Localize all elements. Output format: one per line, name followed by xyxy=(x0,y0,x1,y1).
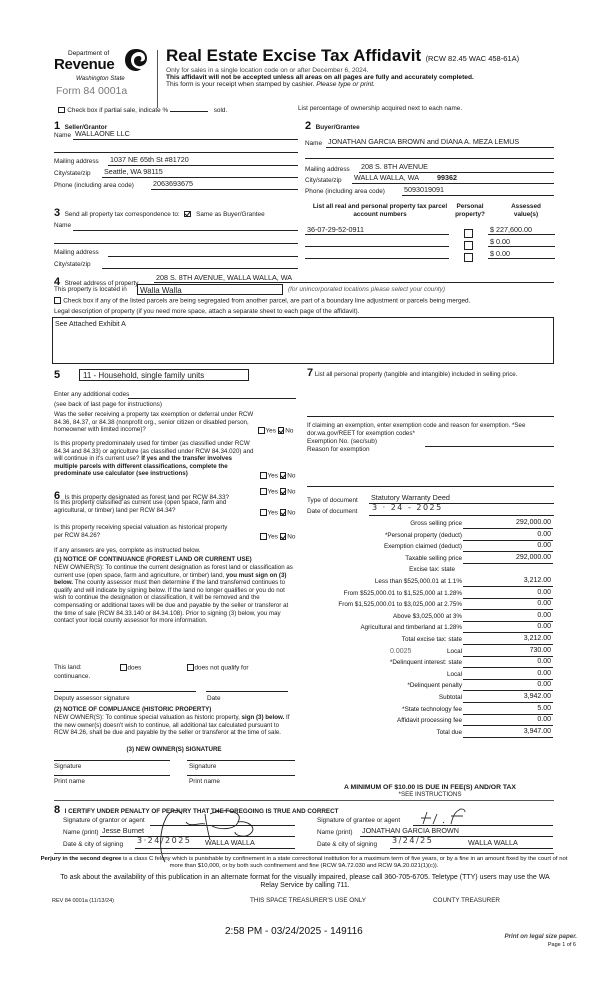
tax-row-line xyxy=(469,679,553,680)
perjury-text: is a class C felony which is punishable … xyxy=(123,856,567,869)
partial-sale-percent-field[interactable] xyxy=(170,105,208,112)
tax-row-value[interactable]: 3,947.00 xyxy=(524,728,551,735)
tax-row-label: Local xyxy=(447,671,462,678)
tax-row-line xyxy=(469,598,553,599)
grantor-name-field[interactable]: Jesse Burnet xyxy=(102,826,144,835)
tax-row-value[interactable]: 0.00 xyxy=(537,623,551,630)
tax-row-leader xyxy=(463,540,469,541)
tax-row-label: Total excise tax: state xyxy=(402,636,462,643)
seller-city-field[interactable]: Seattle, WA 98115 xyxy=(104,167,163,176)
tax-row: Less than $525,000.01 at 1.1%3,212.00 xyxy=(300,577,555,588)
personal-property-list-line[interactable] xyxy=(307,416,554,417)
tax-row-label: *Personal property (deduct) xyxy=(385,532,462,539)
legal-description-label: Legal description of property (if you ne… xyxy=(54,308,359,315)
correspondence-city-label: City/state/zip xyxy=(54,261,91,268)
additional-codes-label: Enter any additional codes xyxy=(54,391,129,398)
segregated-checkbox[interactable] xyxy=(54,297,61,304)
notice2-part-a: NEW OWNER(S): To continue special valuat… xyxy=(54,714,240,721)
tax-row-line xyxy=(469,632,553,633)
section-7-text: List all personal property (tangible and… xyxy=(315,371,518,378)
buyer-mailing-field[interactable]: 208 S. 8TH AVENUE xyxy=(361,162,428,171)
tax-row-leader xyxy=(463,621,469,622)
tax-row-leader xyxy=(463,679,469,680)
partial-sale-label: Check box if partial sale, indicate % xyxy=(67,107,168,114)
tax-row-label: Less than $525,000.01 at 1.1% xyxy=(375,578,462,585)
assessed-value-field[interactable]: $ 0.00 xyxy=(490,249,510,258)
buyer-name-line xyxy=(326,147,554,148)
perjury-divider xyxy=(54,853,554,854)
exemption-no-line[interactable] xyxy=(425,446,554,447)
parcel-row: $ 0.00 xyxy=(305,248,555,260)
yes-label: Yes xyxy=(268,534,278,541)
tax-row-leader xyxy=(463,551,469,552)
dor-swirl-icon xyxy=(124,48,148,72)
tax-row-label: *Delinquent penalty xyxy=(407,682,462,689)
owner-print-line-1[interactable] xyxy=(54,775,170,776)
same-as-buyer-checkbox[interactable] xyxy=(184,211,191,218)
additional-codes-hint: (see back of last page for instructions) xyxy=(54,401,162,408)
tax-row: Taxable selling price292,000.00 xyxy=(300,554,555,565)
tax-row-leader xyxy=(463,632,469,633)
seller-mailing-line xyxy=(108,165,298,166)
correspondence-label: Send all property tax correspondence to: xyxy=(65,211,180,218)
dor-logo: Department of Revenue Washington State F… xyxy=(54,46,149,108)
tax-row-line xyxy=(469,540,553,541)
partial-sale-checkbox[interactable] xyxy=(58,107,65,114)
buyer-name-line-2 xyxy=(305,158,554,159)
tax-row: *Delinquent interest: state0.00 xyxy=(300,658,555,669)
grantee-date-label: Date & city of signing xyxy=(317,841,377,848)
header-divider xyxy=(157,50,158,108)
current-use-question: Is this property classified as current u… xyxy=(54,499,234,514)
tax-row-leader xyxy=(463,714,469,715)
tax-row-label: Taxable selling price xyxy=(405,555,462,562)
assessed-value-col-header: Assessed value(s) xyxy=(505,203,547,219)
tax-row-value[interactable]: 0.00 xyxy=(537,589,551,596)
yes-label: Yes xyxy=(268,489,278,496)
tax-row: Agricultural and timberland at 1.28%0.00 xyxy=(300,623,555,634)
owner-print-label-1: Print name xyxy=(54,778,85,785)
historical-no-checkbox[interactable] xyxy=(280,533,287,540)
deputy-signature-label: Deputy assessor signature xyxy=(54,695,130,702)
owner-signature-label-1: Signature xyxy=(54,763,81,770)
notice2-bold: sign (3) below. xyxy=(242,714,285,721)
personal-property-checkbox[interactable] xyxy=(464,253,473,262)
tax-row: Total excise tax: state3,212.00 xyxy=(300,635,555,646)
doc-type-field[interactable]: Statutory Warranty Deed xyxy=(371,493,450,502)
revenue-wordmark: Revenue xyxy=(54,56,114,73)
buyer-zip-field[interactable]: 99362 xyxy=(437,173,457,182)
segregated-label: Check box if any of the listed parcels a… xyxy=(63,298,470,305)
historical-question: Is this property receiving special valua… xyxy=(54,524,234,539)
tax-row-value[interactable]: 730.00 xyxy=(530,647,551,654)
tax-row-label: Agricultural and timberland at 1.28% xyxy=(360,624,462,631)
buyer-city-label: City/state/zip xyxy=(305,177,342,184)
does-option: does xyxy=(120,664,141,672)
tax-row-leader xyxy=(463,725,469,726)
tax-row-value[interactable]: 292,000.00 xyxy=(516,519,551,526)
tax-row-label: From $525,000.01 to $1,525,000 at 1.28% xyxy=(344,590,462,597)
buyer-city-line xyxy=(352,183,554,184)
tax-row-line xyxy=(469,737,553,738)
current-use-answer: Yes No xyxy=(260,509,295,517)
tax-row: Affidavit processing fee0.00 xyxy=(300,716,555,727)
seller-name-line-2 xyxy=(54,152,298,153)
tax-row: *Delinquent penalty0.00 xyxy=(300,681,555,692)
buyer-heading: 2 Buyer/Grantee xyxy=(305,116,360,134)
buyer-city-field[interactable]: WALLA WALLA, WA xyxy=(354,173,419,182)
seller-name-field[interactable]: WALLAONE LLC xyxy=(75,129,130,138)
notice1-part-b: The county assessor must then determine … xyxy=(54,579,288,624)
correspondence-mailing-label: Mailing address xyxy=(54,249,99,256)
buyer-name-field[interactable]: JONATHAN GARCIA BROWN and DIANA A. MEZA … xyxy=(328,137,519,146)
same-as-buyer-label: Same as Buyer/Grantee xyxy=(196,211,265,218)
seller-city-line xyxy=(102,177,298,178)
tax-row-line xyxy=(469,644,553,645)
historical-yes-checkbox[interactable] xyxy=(260,533,267,540)
no-label: No xyxy=(287,489,295,496)
tax-row-value[interactable]: 292,000.00 xyxy=(516,554,551,561)
forest-yes-checkbox[interactable] xyxy=(260,488,267,495)
personal-property-col-header: Personal property? xyxy=(450,203,490,219)
no-label: No xyxy=(287,473,295,480)
tax-row: From $1,525,000.01 to $3,025,000 at 2.75… xyxy=(300,600,555,611)
tax-row-line xyxy=(469,528,553,529)
legal-description-value: See Attached Exhibit A xyxy=(55,321,126,328)
tax-row-leader xyxy=(463,563,469,564)
treasurer-use-label: THIS SPACE TREASURER'S USE ONLY xyxy=(250,897,366,904)
located-in-select[interactable]: Walla Walla xyxy=(137,284,283,295)
notice-compliance-text: NEW OWNER(S): To continue special valuat… xyxy=(54,714,294,737)
parcel-row: 36-07-29-52-0911 $ 227,600.00 xyxy=(305,224,555,236)
tax-row-line xyxy=(469,725,553,726)
assessed-value-field[interactable]: $ 227,600.00 xyxy=(490,225,532,234)
tax-row-line xyxy=(469,621,553,622)
doc-date-field[interactable]: 3 · 24 - 2025 xyxy=(372,503,443,512)
use-code-select[interactable]: 11 - Household, single family units xyxy=(79,369,249,381)
seller-phone-line xyxy=(151,189,298,190)
parcel-line xyxy=(305,234,449,235)
tax-row: *State technology fee5.00 xyxy=(300,705,555,716)
does-not-label: does not qualify for xyxy=(195,665,249,672)
tax-row-label: *State technology fee xyxy=(402,706,462,713)
grantee-signature-scribble xyxy=(415,806,475,828)
tax-row-value[interactable]: 0.00 xyxy=(537,542,551,549)
tax-row-line xyxy=(469,563,553,564)
parcel-line xyxy=(305,246,449,247)
tax-row-label: Excise tax: state xyxy=(409,566,455,573)
tax-row-leader xyxy=(463,528,469,529)
assessed-value-field[interactable]: $ 0.00 xyxy=(490,237,510,246)
owner-signature-label-2: Signature xyxy=(189,763,216,770)
deputy-date-line[interactable] xyxy=(206,691,288,692)
header-line3: This form is your receipt when stamped b… xyxy=(166,81,314,88)
street-address-field[interactable]: 208 S. 8TH AVENUE, WALLA WALLA, WA xyxy=(156,273,292,282)
exemption-reason-label: Reason for exemption xyxy=(307,446,370,453)
historical-answer: Yes No xyxy=(260,533,295,541)
county-treasurer-label: COUNTY TREASURER xyxy=(433,897,500,904)
does-qualify-checkbox[interactable] xyxy=(120,664,127,671)
seller-mailing-field[interactable]: 1037 NE 65th St #81720 xyxy=(110,155,189,164)
exemption-reason-line[interactable] xyxy=(307,486,554,487)
section-7-number: 7 xyxy=(307,367,313,379)
deputy-signature-line[interactable] xyxy=(54,691,196,692)
seller-name-label: Name xyxy=(54,132,71,139)
tax-row-leader xyxy=(463,656,469,657)
doc-type-label: Type of document xyxy=(307,497,358,504)
segregated-row: Check box if any of the listed parcels a… xyxy=(54,297,470,305)
correspondence-city-line[interactable] xyxy=(102,268,298,269)
grantor-date-label: Date & city of signing xyxy=(63,841,123,848)
tax-row-value[interactable]: 0.00 xyxy=(537,531,551,538)
grantee-name-field[interactable]: JONATHAN GARCIA BROWN xyxy=(362,826,459,835)
correspondence-mailing-line[interactable] xyxy=(108,256,298,257)
tax-row: Gross selling price292,000.00 xyxy=(300,519,555,530)
partial-sale-sold: sold. xyxy=(214,107,228,114)
tax-row-value[interactable]: 5.00 xyxy=(537,705,551,712)
does-label: does xyxy=(128,665,142,672)
does-not-qualify-checkbox[interactable] xyxy=(187,664,194,671)
tax-row-leader xyxy=(463,644,469,645)
legal-paper-note: Print on legal size paper. xyxy=(504,933,577,940)
tax-row-line xyxy=(469,690,553,691)
new-owner-signature-title: (3) NEW OWNER(S) SIGNATURE xyxy=(54,746,294,754)
tax-row-label: Above $3,025,000 at 3% xyxy=(393,613,462,620)
tax-row-label: Total due xyxy=(436,729,462,736)
correspondence-name-label: Name xyxy=(54,222,71,229)
header-line3-italic: Please type or print. xyxy=(316,81,375,88)
buyer-phone-field[interactable]: 5093019091 xyxy=(404,185,444,194)
form-title: Real Estate Excise Tax Affidavit xyxy=(166,46,421,65)
deputy-date-label: Date xyxy=(207,695,221,702)
doc-date-line xyxy=(369,515,554,516)
no-label: No xyxy=(285,428,293,435)
see-instructions-note: *SEE INSTRUCTIONS xyxy=(300,791,560,799)
yes-label: Yes xyxy=(268,510,278,517)
tax-row-leader xyxy=(463,586,469,587)
grantee-signature-label: Signature of grantee or agent xyxy=(317,817,400,824)
tax-row: Total due3,947.00 xyxy=(300,728,555,739)
assessed-line xyxy=(488,258,555,259)
assessed-line xyxy=(488,234,555,235)
tax-row-value[interactable]: 3,212.00 xyxy=(524,635,551,642)
timber-answer: Yes No xyxy=(260,472,295,480)
tax-row-label: Subtotal xyxy=(439,694,462,701)
doc-date-label: Date of document xyxy=(307,508,357,515)
page-number: Page 1 of 6 xyxy=(548,942,576,948)
assessed-line xyxy=(488,246,555,247)
tax-row: Excise tax: state xyxy=(300,565,555,576)
section-1-number: 1 xyxy=(54,120,60,132)
owner-print-label-2: Print name xyxy=(189,778,220,785)
section-8-number: 8 xyxy=(54,804,60,816)
header-line2: This affidavit will not be accepted unle… xyxy=(166,74,586,81)
seller-city-label: City/state/zip xyxy=(54,170,91,177)
tax-row-label: Gross selling price xyxy=(410,520,462,527)
yes-label: Yes xyxy=(268,473,278,480)
tax-row-label: Affidavit processing fee xyxy=(397,717,462,724)
grantor-signature-label: Signature of grantor or agent xyxy=(63,817,145,824)
additional-codes-line[interactable] xyxy=(128,398,296,399)
form-citation: (RCW 82.45 WAC 458-61A) xyxy=(426,54,520,63)
alt-format-notice: To ask about the availability of this pu… xyxy=(60,874,550,890)
tax-row-label: Local xyxy=(447,648,462,655)
parcel-number-field[interactable]: 36-07-29-52-0911 xyxy=(307,225,364,234)
tax-row-leader xyxy=(463,609,469,610)
legal-description-field[interactable]: See Attached Exhibit A xyxy=(52,317,554,364)
tax-row-leader xyxy=(463,667,469,668)
notice-continuance-title: (1) NOTICE OF CONTINUANCE (FOREST LAND O… xyxy=(54,556,252,564)
tax-row: From $525,000.01 to $1,525,000 at 1.28%0… xyxy=(300,589,555,600)
grantor-date-field[interactable]: 3·24/2025 xyxy=(137,836,191,845)
owner-print-line-2[interactable] xyxy=(187,775,295,776)
tax-row-value[interactable]: 0.00 xyxy=(537,600,551,607)
no-label: No xyxy=(287,534,295,541)
timber-yes-checkbox[interactable] xyxy=(260,472,267,479)
perjury-bold: Perjury in the second degree xyxy=(41,856,122,862)
correspondence-name-line[interactable] xyxy=(73,230,298,231)
form-number: Form 84 0001a xyxy=(56,85,127,97)
buyer-phone-label: Phone (including area code) xyxy=(305,188,385,195)
tax-row-value[interactable]: 0.00 xyxy=(537,716,551,723)
tax-row-value[interactable]: 0.00 xyxy=(537,612,551,619)
grantor-name-line xyxy=(100,836,295,837)
tax-row-line xyxy=(469,667,553,668)
partial-sale-row: Check box if partial sale, indicate % so… xyxy=(58,105,227,114)
parcel-row: $ 0.00 xyxy=(305,236,555,248)
local-rate-value: 0.0025 xyxy=(390,648,411,655)
if-yes-instructions: If any answers are yes, complete as inst… xyxy=(54,547,201,555)
tax-row-line xyxy=(469,702,553,703)
exemption-intro: If claiming an exemption, enter exemptio… xyxy=(307,422,547,437)
tax-row: Subtotal3,942.00 xyxy=(300,693,555,704)
exemption-yes-checkbox[interactable] xyxy=(258,427,265,434)
tax-row-line xyxy=(469,714,553,715)
tax-row: *Personal property (deduct)0.00 xyxy=(300,531,555,542)
form-title-block: Real Estate Excise Tax Affidavit (RCW 82… xyxy=(166,46,586,88)
continuance-label: continuance. xyxy=(54,673,90,680)
buyer-heading-label: Buyer/Grantee xyxy=(316,124,360,131)
tax-row: Exemption claimed (deduct)0.00 xyxy=(300,542,555,553)
correspondence-heading: 3 Send all property tax correspondence t… xyxy=(54,203,265,221)
seller-phone-label: Phone (including area code) xyxy=(54,182,134,189)
seller-mailing-label: Mailing address xyxy=(54,158,99,165)
exemption-answer: Yes No xyxy=(258,427,293,435)
header-line1: Only for sales in a single location code… xyxy=(166,67,586,74)
parcel-col-header: List all real and personal property tax … xyxy=(310,203,450,219)
section-3-number: 3 xyxy=(54,207,60,219)
section-2-number: 2 xyxy=(305,120,311,132)
grantor-city-field[interactable]: WALLA WALLA xyxy=(205,838,255,847)
exemption-no-checkbox[interactable] xyxy=(278,427,285,434)
current-use-yes-checkbox[interactable] xyxy=(260,509,267,516)
forest-land-answer: NoYes No xyxy=(260,488,295,496)
yes-label: Yes xyxy=(266,428,276,435)
tax-row-leader xyxy=(463,690,469,691)
perjury-notice: Perjury in the second degree is a class … xyxy=(34,856,574,870)
grantee-date-field[interactable]: 3/24/25 xyxy=(392,836,433,845)
wa-state-label: Washington State xyxy=(76,75,125,82)
tax-row-value[interactable]: 0.00 xyxy=(537,670,551,677)
grantee-date-line xyxy=(390,848,553,849)
street-line xyxy=(154,282,554,283)
tax-row-line xyxy=(469,586,553,587)
parcel-line xyxy=(305,258,449,259)
tax-row: Local730.000.0025 xyxy=(300,647,555,658)
seller-phone-field[interactable]: 2063693675 xyxy=(153,179,193,188)
notice-compliance-title: (2) NOTICE OF COMPLIANCE (HISTORIC PROPE… xyxy=(54,706,211,714)
tax-row-line xyxy=(469,609,553,610)
no-label: No xyxy=(287,510,295,517)
grantee-name-line xyxy=(360,836,553,837)
buyer-mailing-label: Mailing address xyxy=(305,166,350,173)
tax-row-label: Exemption claimed (deduct) xyxy=(384,543,462,550)
owner-signature-line-1[interactable] xyxy=(54,760,170,761)
tax-row-value[interactable]: 0.00 xyxy=(537,681,551,688)
tax-row-value[interactable]: 0.00 xyxy=(537,658,551,665)
does-not-option: does not qualify for xyxy=(187,664,249,672)
located-in-hint: (for unincorporated locations please sel… xyxy=(288,286,445,293)
grantor-name-label: Name (print) xyxy=(63,829,99,836)
section-5-number: 5 xyxy=(54,369,60,381)
current-use-no-checkbox[interactable] xyxy=(280,509,287,516)
tax-row-value[interactable]: 3,942.00 xyxy=(524,693,551,700)
rev-number: REV 84 0001a (11/13/24) xyxy=(52,898,114,904)
tax-row-line xyxy=(469,656,553,657)
tax-row-value[interactable]: 3,212.00 xyxy=(524,577,551,584)
exemption-question: Was the seller receiving a property tax … xyxy=(54,411,259,434)
timber-no-checkbox[interactable] xyxy=(280,472,287,479)
correspondence-name-line-2 xyxy=(54,243,298,244)
cashier-stamp: 2:58 PM - 03/24/2025 - 149116 xyxy=(225,926,363,937)
tax-row-leader xyxy=(463,702,469,703)
ownership-note: List percentage of ownership acquired ne… xyxy=(298,105,462,112)
buyer-name-label: Name xyxy=(305,140,322,147)
timber-question: Is this property predominately used for … xyxy=(54,440,254,478)
grantee-city-field[interactable]: WALLA WALLA xyxy=(468,838,518,847)
grantee-name-label: Name (print) xyxy=(317,829,353,836)
grantor-date-line xyxy=(135,848,295,849)
tax-row-leader xyxy=(463,737,469,738)
owner-signature-line-2[interactable] xyxy=(187,760,295,761)
tax-row-leader xyxy=(463,598,469,599)
seller-name-line xyxy=(73,139,298,140)
notice-continuance-text: NEW OWNER(S): To continue the current de… xyxy=(54,564,294,625)
forest-no-checkbox[interactable] xyxy=(280,488,287,495)
personal-property-list-label: 7 List all personal property (tangible a… xyxy=(307,370,552,379)
located-in-label: This property is located in xyxy=(54,286,127,293)
use-code-value: 11 - Household, single family units xyxy=(83,371,204,380)
this-land-label: This land: xyxy=(54,664,82,671)
located-in-value: Walla Walla xyxy=(140,286,182,295)
tax-row-label: *Delinquent interest: state xyxy=(390,659,462,666)
tax-row-label: From $1,525,000.01 to $3,025,000 at 2.75… xyxy=(338,601,462,608)
tax-row: Local0.00 xyxy=(300,670,555,681)
exemption-no-label: Exemption No. (sec/sub) xyxy=(307,438,377,445)
buyer-phone-line xyxy=(402,195,554,196)
tax-row-line xyxy=(469,551,553,552)
tax-row: Above $3,025,000 at 3%0.00 xyxy=(300,612,555,623)
